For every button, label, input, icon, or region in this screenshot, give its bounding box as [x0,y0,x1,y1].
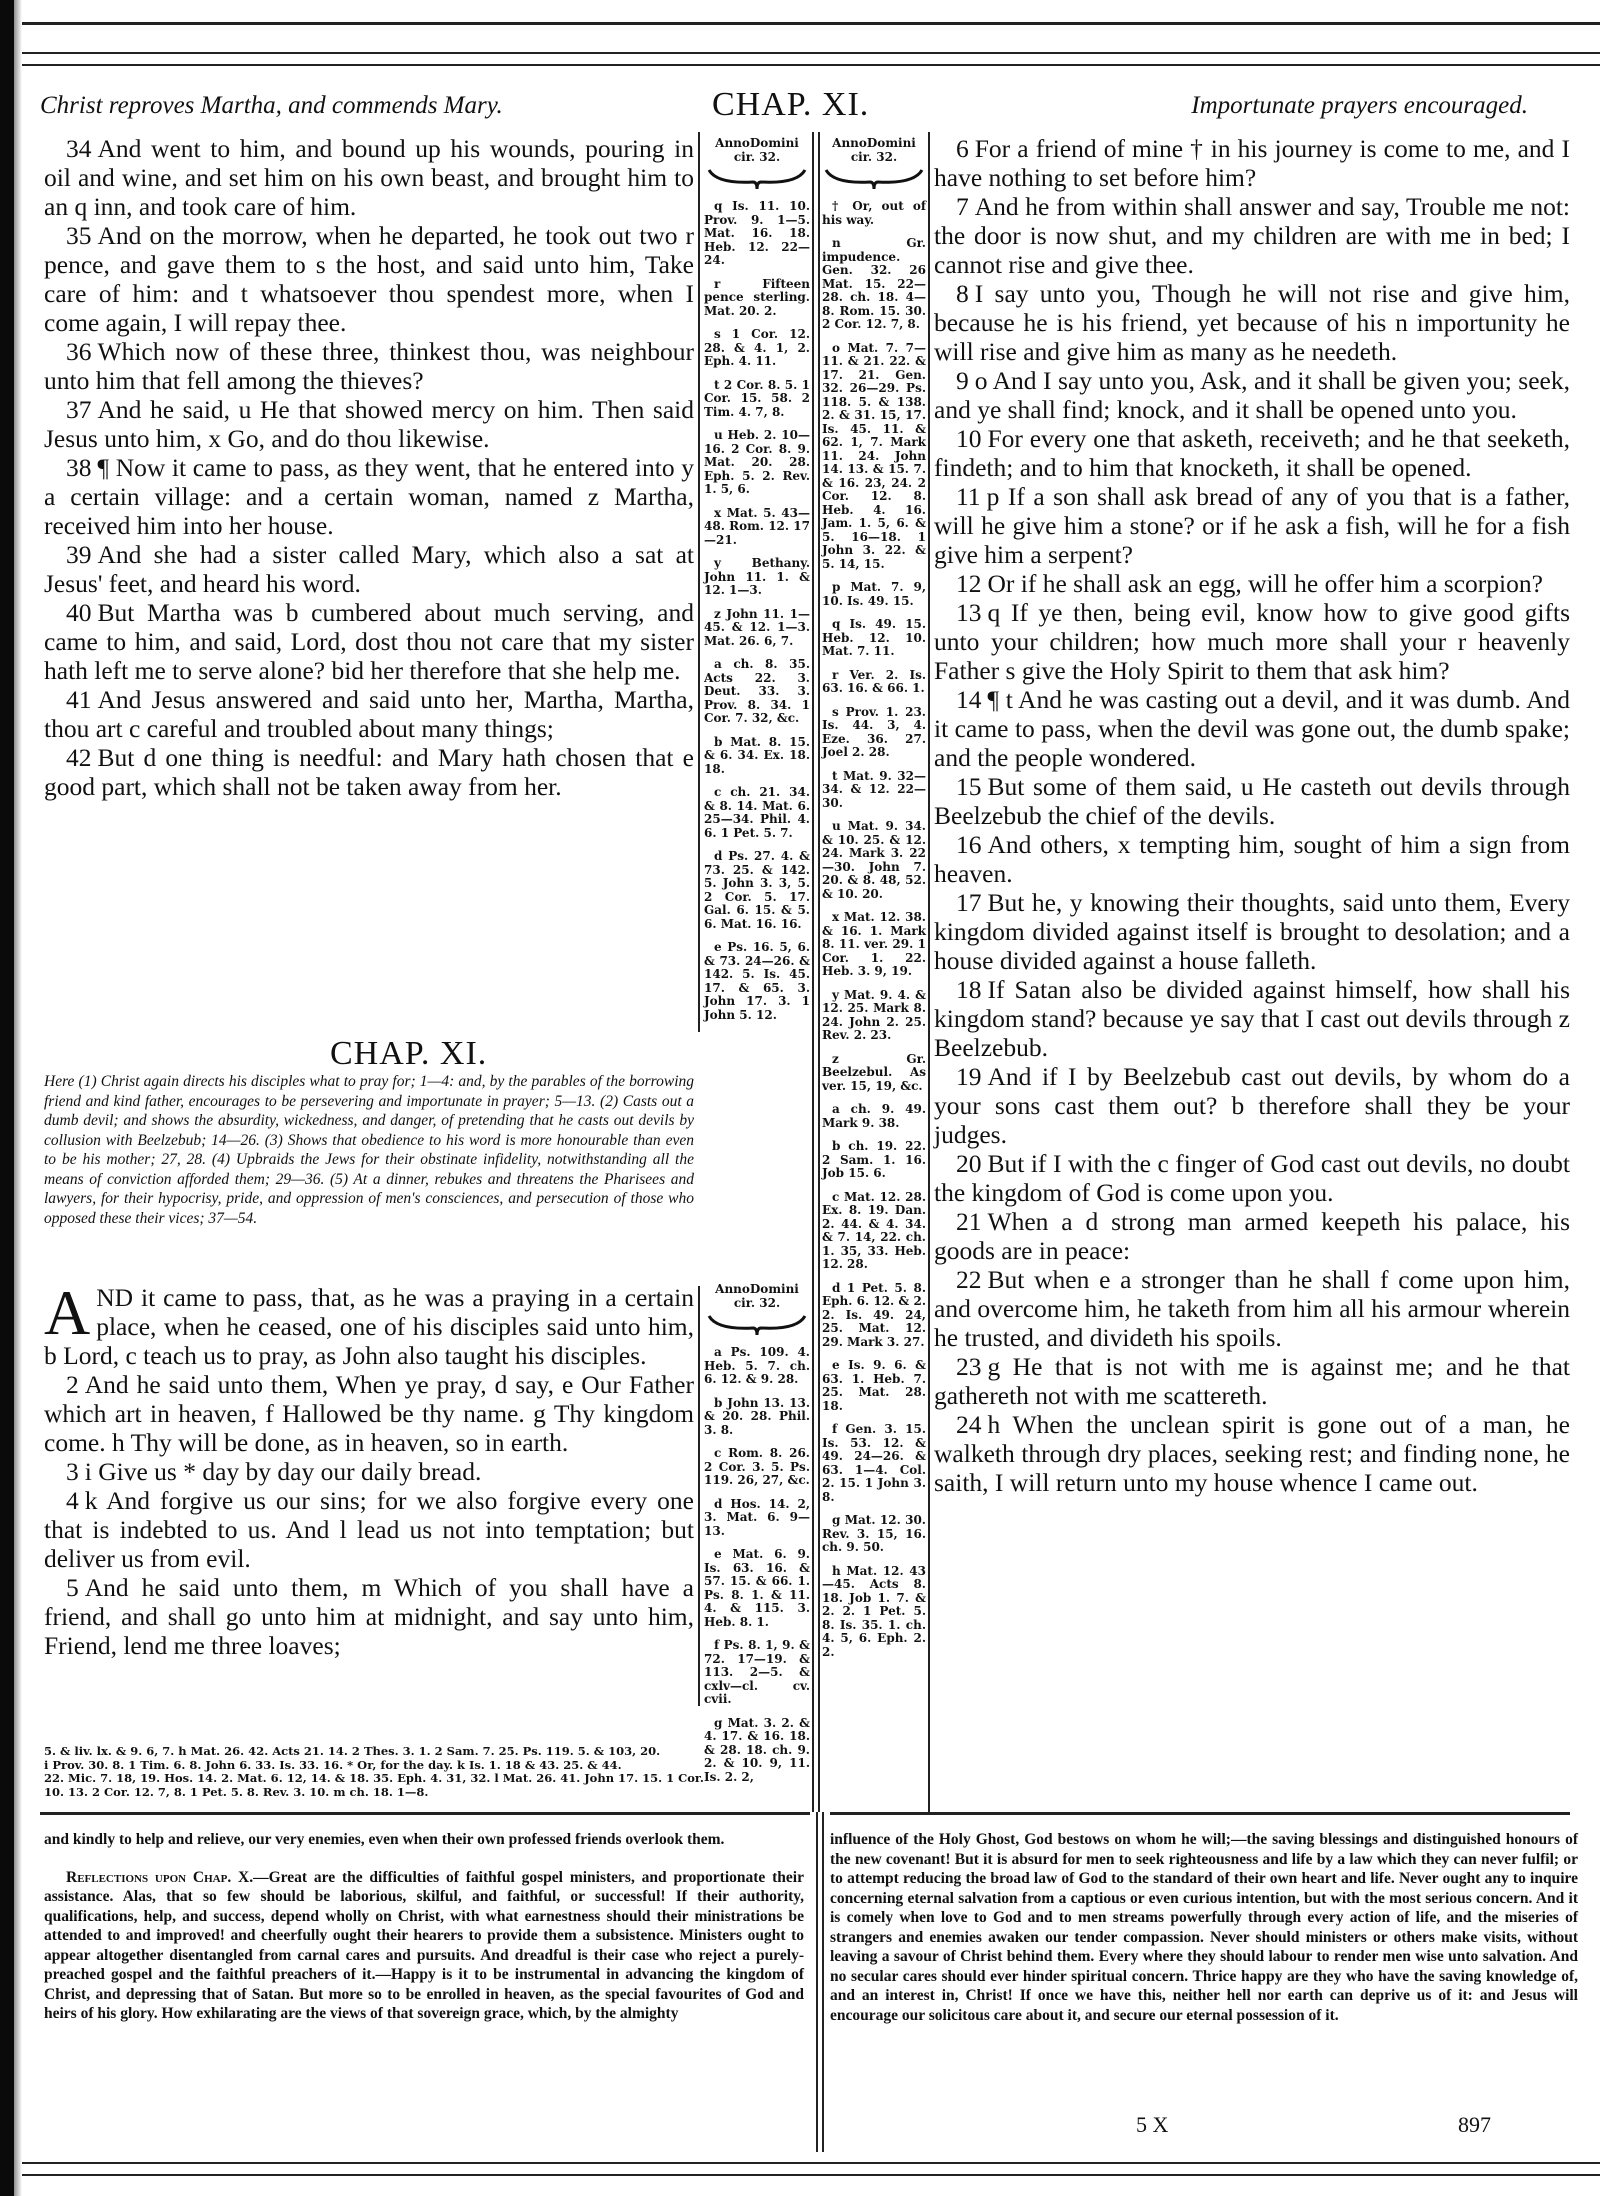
verse: 8I say unto you, Though he will not rise… [934,279,1570,366]
verse-text: And went to him, and bound up his wounds… [44,134,694,221]
anno-cir-label: cir. 32. [704,150,810,164]
margin-note: t 2 Cor. 8. 5. 1 Cor. 15. 58. 2 Tim. 4. … [704,379,810,420]
verse-text: And he said, u He that showed mercy on h… [44,395,694,453]
brace-ornament-icon [707,168,807,190]
margin-note: c ch. 21. 34. & 8. 14. Mat. 6. 25—34. Ph… [704,786,810,840]
margin-note: a ch. 9. 49. Mark 9. 38. [822,1103,926,1130]
verse-text: If Satan also be divided against himself… [934,975,1570,1062]
reflections-text: —Great are the difficulties of faithful … [44,1869,804,2023]
verse-text: But when e a stronger than he shall f co… [934,1265,1570,1352]
margin-note: t Mat. 9. 32—34. & 12. 22—30. [822,770,926,811]
verse-number: 40 [66,598,92,627]
margin-note: g Mat. 12. 30. Rev. 3. 15, 16. ch. 9. 50… [822,1514,926,1555]
right-column-verses: 6For a friend of mine † in his journey i… [934,134,1570,1497]
verse: 6For a friend of mine † in his journey i… [934,134,1570,192]
chapter-xi-verses: AND it came to pass, that, as he was a p… [44,1283,694,1660]
verse-text: Or if he shall ask an egg, will he offer… [988,569,1543,598]
margin-note-list: a Ps. 109. 4. Heb. 5. 7. ch. 6. 12. & 9.… [704,1346,810,1784]
margin-note: h Mat. 12. 43—45. Acts 8. 18. Job 1. 7. … [822,1565,926,1660]
bottom-rule-1 [22,2162,1600,2164]
chapter-summary: Here (1) Christ again directs his discip… [44,1072,694,1228]
top-rule-1 [22,22,1600,25]
verse-text: ND it came to pass, that, as he was a pr… [44,1283,694,1370]
commentary-paragraph: influence of the Holy Ghost, God bestows… [830,1830,1578,2025]
top-rule-3 [22,64,1600,66]
verse: 23g He that is not with me is against me… [934,1352,1570,1410]
verse: 42But d one thing is needful: and Mary h… [44,743,694,801]
margin-note: d Ps. 27. 4. & 73. 25. & 142. 5. John 3.… [704,850,810,931]
verse: 16And others, x tempting him, sought of … [934,830,1570,888]
verse-text: And he said unto them, m Which of you sh… [44,1573,694,1660]
margin-notes-left-top: AnnoDomini cir. 32. q Is. 11. 10. Prov. … [704,136,810,1032]
scan-binding-shadow [14,0,22,2196]
footnote-line: 22. Mic. 7. 18, 19. Hos. 14. 2. Mat. 6. … [44,1772,924,1786]
margin-note: u Mat. 9. 34. & 10. 25. & 12. 24. Mark 3… [822,820,926,901]
verse: 15But some of them said, u He casteth ou… [934,772,1570,830]
margin-note: b John 13. 13. & 20. 28. Phil. 3. 8. [704,1397,810,1438]
anno-domini-label: AnnoDomini [822,136,926,150]
verse-number: 19 [956,1062,982,1091]
verse-text: For a friend of mine † in his journey is… [934,134,1570,192]
verse: 34And went to him, and bound up his woun… [44,134,694,221]
verse-text: And on the morrow, when he departed, he … [44,221,694,337]
anno-domini-label: AnnoDomini [704,136,810,150]
verse: 13q If ye then, being evil, know how to … [934,598,1570,685]
verse-text: And he said unto them, When ye pray, d s… [44,1370,694,1457]
margin-note: p Mat. 7. 9, 10. Is. 49. 15. [822,581,926,608]
verse-list: 6For a friend of mine † in his journey i… [934,134,1570,1497]
margin-note: y Bethany. John 11. 1. & 12. 1—3. [704,557,810,598]
verse-number: 20 [956,1149,982,1178]
footnotes: 5. & liv. lx. & 9. 6, 7. h Mat. 26. 42. … [44,1745,924,1799]
verse-text: g He that is not with me is against me; … [934,1352,1570,1410]
verse-number: 39 [66,540,92,569]
margin-rule [698,1286,700,1706]
verse-text: Which now of these three, thinkest thou,… [44,337,694,395]
margin-note: u Heb. 2. 10—16. 2 Cor. 8. 9. Mat. 20. 2… [704,429,810,497]
verse-list: 34And went to him, and bound up his woun… [44,134,694,801]
verse: 10For every one that asketh, receiveth; … [934,424,1570,482]
margin-rule [928,132,930,1812]
signature-mark: 5 X [1136,2112,1168,2138]
verse: 17But he, y knowing their thoughts, said… [934,888,1570,975]
footnote-line: i Prov. 30. 8. 1 Tim. 6. 8. John 6. 33. … [44,1759,924,1773]
margin-note: o Mat. 7. 7—11. & 21. 22. & 17. 21. Gen.… [822,342,926,572]
margin-note: n Gr. impudence. Gen. 32. 26 Mat. 15. 22… [822,237,926,332]
commentary-left: and kindly to help and relieve, our very… [44,1830,804,2024]
verse-number: 18 [956,975,982,1004]
anno-cir-label: cir. 32. [822,150,926,164]
verse: 5And he said unto them, m Which of you s… [44,1573,694,1660]
verse-text: I say unto you, Though he will not rise … [934,279,1570,366]
margin-notes-right: AnnoDomini cir. 32. † Or, out of his way… [822,136,926,1669]
margin-note-list: q Is. 11. 10. Prov. 9. 1—5. Mat. 16. 18.… [704,200,810,1022]
verse: 20But if I with the c finger of God cast… [934,1149,1570,1207]
margin-note: z Gr. Beelzebul. As ver. 15, 19, &c. [822,1053,926,1094]
verse-number: 3 [66,1457,79,1486]
running-head: Christ reproves Martha, and commends Mar… [40,88,1600,128]
verse: 12Or if he shall ask an egg, will he off… [934,569,1570,598]
verse-number: 23 [956,1352,982,1381]
bottom-rule-2 [22,2174,1600,2176]
margin-note: † Or, out of his way. [822,200,926,227]
verse-text: h When the unclean spirit is gone out of… [934,1410,1570,1497]
verse-number: 4 [66,1486,79,1515]
margin-note: z John 11. 1—45. & 12. 1—3. Mat. 26. 6, … [704,608,810,649]
margin-note: y Mat. 9. 4. & 12. 25. Mark 8. 24. John … [822,989,926,1043]
verse-text: And he from within shall answer and say,… [934,192,1570,279]
verse-number: 34 [66,134,92,163]
margin-note: r Ver. 2. Is. 63. 16. & 66. 1. [822,669,926,696]
margin-note: x Mat. 12. 38. & 16. 1. Mark 8. 11. ver.… [822,911,926,979]
verse-number: 15 [956,772,982,801]
footnote-line: 10. 13. 2 Cor. 12. 7, 8. 1 Pet. 5. 8. Re… [44,1786,924,1800]
verse: 37And he said, u He that showed mercy on… [44,395,694,453]
verse-text: o And I say unto you, Ask, and it shall … [934,366,1570,424]
verse-text: And others, x tempting him, sought of hi… [934,830,1570,888]
verse-number: 41 [66,685,92,714]
verse: 2And he said unto them, When ye pray, d … [44,1370,694,1457]
section-rule [830,1812,1570,1815]
reflections-paragraph: Reflections upon Chap. X.—Great are the … [44,1868,804,2024]
margin-note: x Mat. 5. 43—48. Rom. 12. 17—21. [704,507,810,548]
verse-number: 9 [956,366,969,395]
verse-text: And she had a sister called Mary, which … [44,540,694,598]
margin-note: c Rom. 8. 26. 2 Cor. 3. 5. Ps. 119. 26, … [704,1447,810,1488]
drop-cap: A [44,1287,90,1339]
verse-text: i Give us * day by day our daily bread. [85,1457,482,1486]
verse-text: But Martha was b cumbered about much ser… [44,598,694,685]
margin-note: c Mat. 12. 28. Ex. 8. 19. Dan. 2. 44. & … [822,1191,926,1272]
verse-text: And if I by Beelzebub cast out devils, b… [934,1062,1570,1149]
verse: 21When a d strong man armed keepeth his … [934,1207,1570,1265]
verse-text: p If a son shall ask bread of any of you… [934,482,1570,569]
running-head-right: Importunate prayers encouraged. [1191,92,1528,120]
verse-number: 42 [66,743,92,772]
verse: 36Which now of these three, thinkest tho… [44,337,694,395]
verse: 39And she had a sister called Mary, whic… [44,540,694,598]
verse: AND it came to pass, that, as he was a p… [44,1283,694,1370]
verse-number: 10 [956,424,982,453]
scan-binding-edge [0,0,14,2196]
verse-number: 21 [956,1207,982,1236]
running-head-left: Christ reproves Martha, and commends Mar… [40,92,503,120]
commentary-paragraph: and kindly to help and relieve, our very… [44,1830,804,1850]
margin-note: d Hos. 14. 2, 3. Mat. 6. 9—13. [704,1498,810,1539]
verse: 24h When the unclean spirit is gone out … [934,1410,1570,1497]
verse-number: 38 [66,453,92,482]
verse: 38¶ Now it came to pass, as they went, t… [44,453,694,540]
verse-number: 13 [956,598,982,627]
verse-number: 17 [956,888,982,917]
verse: 40But Martha was b cumbered about much s… [44,598,694,685]
verse-number: 2 [66,1370,79,1399]
verse: 11p If a son shall ask bread of any of y… [934,482,1570,569]
verse-text: When a d strong man armed keepeth his pa… [934,1207,1570,1265]
verse: 19And if I by Beelzebub cast out devils,… [934,1062,1570,1149]
brace-ornament-icon [707,1314,807,1336]
verse-number: 5 [66,1573,79,1602]
margin-note: b ch. 19. 22. 2 Sam. 1. 16. Job 15. 6. [822,1140,926,1181]
verse-number: 36 [66,337,92,366]
verse-number: 16 [956,830,982,859]
running-head-center: CHAP. XI. [712,86,869,124]
brace-ornament-icon [824,168,924,190]
verse: 14¶ t And he was casting out a devil, an… [934,685,1570,772]
margin-rule [812,132,814,1812]
verse-number: 37 [66,395,92,424]
commentary-divider [822,1812,824,2152]
verse-number: 22 [956,1265,982,1294]
verse-text: But some of them said, u He casteth out … [934,772,1570,830]
margin-notes-left-bottom: AnnoDomini cir. 32. a Ps. 109. 4. Heb. 5… [704,1282,810,1794]
margin-note: a Ps. 109. 4. Heb. 5. 7. ch. 6. 12. & 9.… [704,1346,810,1387]
verse-text: But d one thing is needful: and Mary hat… [44,743,694,801]
verse: 3i Give us * day by day our daily bread. [44,1457,694,1486]
commentary-right: influence of the Holy Ghost, God bestows… [830,1830,1578,2025]
margin-note: s 1 Cor. 12. 28. & 4. 1, 2. Eph. 4. 11. [704,328,810,369]
margin-note: d 1 Pet. 5. 8. Eph. 6. 12. & 2. 2. Is. 4… [822,1282,926,1350]
verse: 4k And forgive us our sins; for we also … [44,1486,694,1573]
top-rule-2 [22,52,1600,54]
verse-number: 7 [956,192,969,221]
verse: 9o And I say unto you, Ask, and it shall… [934,366,1570,424]
margin-note: s Prov. 1. 23. Is. 44. 3, 4. Eze. 36. 27… [822,706,926,760]
verse-text: But if I with the c finger of God cast o… [934,1149,1570,1207]
verse-text: For every one that asketh, receiveth; an… [934,424,1570,482]
commentary-divider [816,1812,818,2152]
verse: 18If Satan also be divided against himse… [934,975,1570,1062]
margin-note-list: † Or, out of his way.n Gr. impudence. Ge… [822,200,926,1659]
margin-note: a ch. 8. 35. Acts 22. 3. Deut. 33. 3. Pr… [704,658,810,726]
margin-note: e Mat. 6. 9. Is. 63. 16. & 57. 15. & 66.… [704,1548,810,1629]
verse-list: AND it came to pass, that, as he was a p… [44,1283,694,1660]
page-number: 897 [1458,2112,1491,2138]
margin-rule [698,132,700,1032]
margin-note: r Fifteen pence sterling. Mat. 20. 2. [704,278,810,319]
verse-number: 8 [956,279,969,308]
margin-note: e Ps. 16. 5, 6. & 73. 24—26. & 142. 5. I… [704,941,810,1022]
margin-note: q Is. 11. 10. Prov. 9. 1—5. Mat. 16. 18.… [704,200,810,268]
chapter-heading: CHAP. XI. [330,1035,487,1073]
verse-text: ¶ t And he was casting out a devil, and … [934,685,1570,772]
footnote-line: 5. & liv. lx. & 9. 6, 7. h Mat. 26. 42. … [44,1745,924,1759]
margin-note: e Is. 9. 6. & 63. 1. Heb. 7. 25. Mat. 28… [822,1359,926,1413]
verse-text: But he, y knowing their thoughts, said u… [934,888,1570,975]
left-column-verses: 34And went to him, and bound up his woun… [44,134,694,801]
verse-number: 6 [956,134,969,163]
verse: 22But when e a stronger than he shall f … [934,1265,1570,1352]
section-rule [40,1812,810,1815]
verse-text: ¶ Now it came to pass, as they went, tha… [44,453,694,540]
verse-text: q If ye then, being evil, know how to gi… [934,598,1570,685]
verse-number: 14 [956,685,982,714]
margin-note: q Is. 49. 15. Heb. 12. 10. Mat. 7. 11. [822,618,926,659]
verse-text: And Jesus answered and said unto her, Ma… [44,685,694,743]
verse-number: 35 [66,221,92,250]
margin-note: f Ps. 8. 1, 9. & 72. 17—19. & 113. 2—5. … [704,1639,810,1707]
margin-note: f Gen. 3. 15. Is. 53. 12. & 49. 24—26. &… [822,1423,926,1504]
reflections-label: Reflections upon Chap. X. [66,1869,253,1886]
margin-note: b Mat. 8. 15. & 6. 34. Ex. 18. 18. [704,736,810,777]
verse-number: 11 [956,482,981,511]
verse: 41And Jesus answered and said unto her, … [44,685,694,743]
verse-number: 24 [956,1410,982,1439]
anno-cir-label: cir. 32. [704,1296,810,1310]
verse: 7And he from within shall answer and say… [934,192,1570,279]
verse: 35And on the morrow, when he departed, h… [44,221,694,337]
anno-domini-label: AnnoDomini [704,1282,810,1296]
verse-text: k And forgive us our sins; for we also f… [44,1486,694,1573]
margin-rule [818,132,820,1812]
verse-number: 12 [956,569,982,598]
